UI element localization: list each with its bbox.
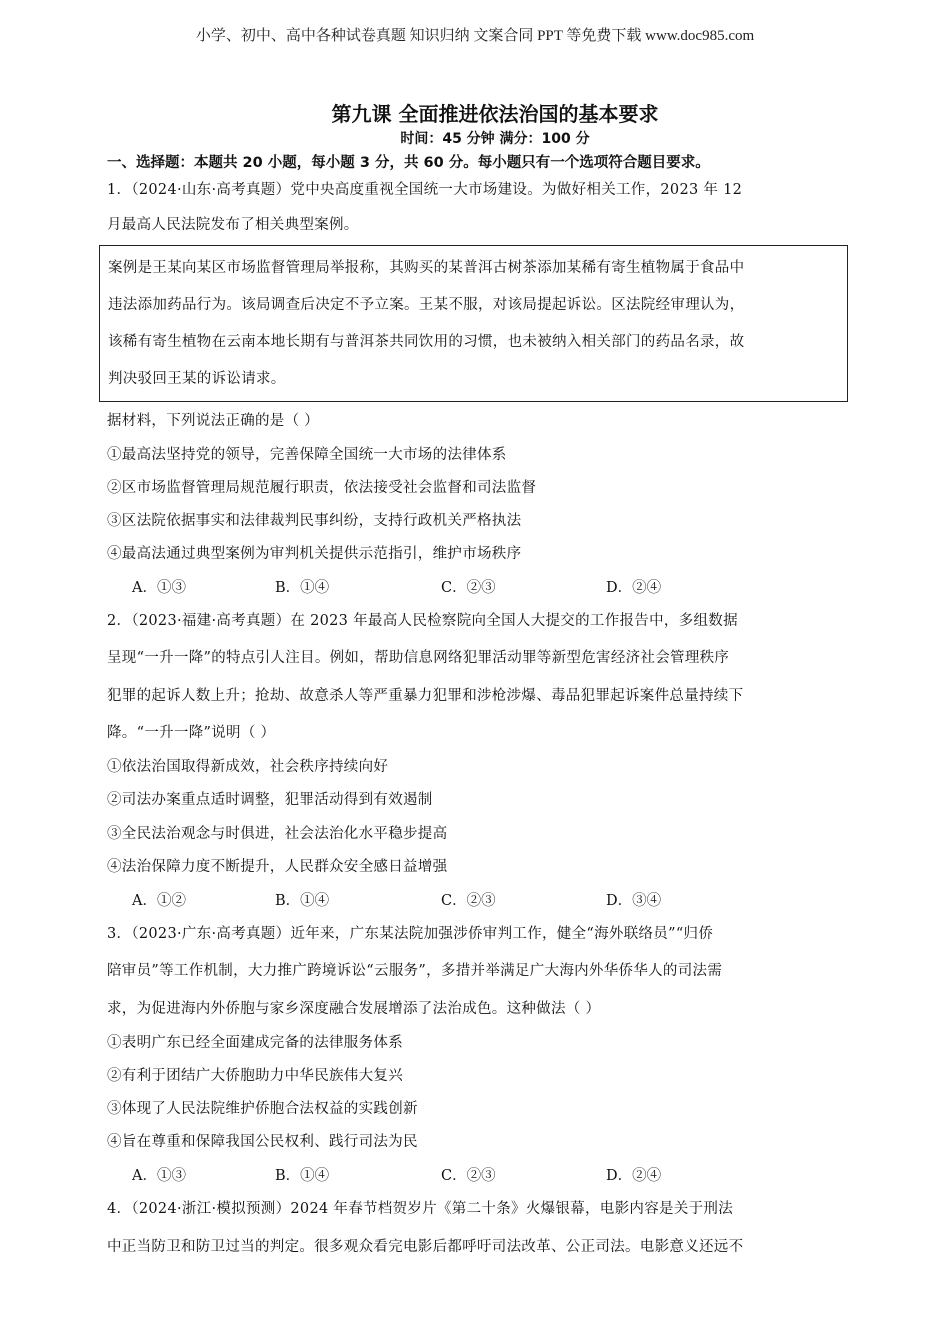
question-prompt: 据材料，下列说法正确的是（ ） (107, 409, 319, 430)
material-line: 该稀有寄生植物在云南本地长期有与普洱茶共同饮用的习惯，也未被纳入相关部门的药品名… (108, 330, 744, 351)
option-c[interactable]: C．②③ (441, 576, 496, 597)
header-banner: 小学、初中、高中各种试卷真题 知识归纳 文案合同 PPT 等免费下载 www.d… (0, 24, 950, 45)
statement: ③全民法治观念与时俱进，社会法治化水平稳步提高 (107, 822, 447, 843)
section-heading: 一、选择题：本题共 20 小题，每小题 3 分，共 60 分。每小题只有一个选项… (107, 151, 710, 172)
option-a[interactable]: A．①② (132, 889, 186, 910)
statement: ①表明广东已经全面建成完备的法律服务体系 (107, 1031, 403, 1052)
question-stem-line: 2．（2023·福建·高考真题）在 2023 年最高人民检察院向全国人大提交的工… (107, 609, 738, 630)
question-stem-line: 降。“一升一降”说明（ ） (107, 721, 275, 742)
statement: ③区法院依据事实和法律裁判民事纠纷，支持行政机关严格执法 (107, 509, 521, 530)
material-line: 违法添加药品行为。该局调查后决定不予立案。王某不服，对该局提起诉讼。区法院经审理… (108, 293, 744, 314)
option-c[interactable]: C．②③ (441, 889, 496, 910)
statement: ④旨在尊重和保障我国公民权利、践行司法为民 (107, 1130, 418, 1151)
question-stem-line: 1．（2024·山东·高考真题）党中央高度重视全国统一大市场建设。为做好相关工作… (107, 178, 742, 199)
option-d[interactable]: D．②④ (606, 1164, 661, 1185)
statement: ④最高法通过典型案例为审判机关提供示范指引，维护市场秩序 (107, 542, 521, 563)
option-b[interactable]: B．①④ (275, 889, 329, 910)
statement: ②有利于团结广大侨胞助力中华民族伟大复兴 (107, 1064, 403, 1085)
option-b[interactable]: B．①④ (275, 1164, 329, 1185)
statement: ②司法办案重点适时调整，犯罪活动得到有效遏制 (107, 788, 433, 809)
option-d[interactable]: D．③④ (606, 889, 661, 910)
question-stem-line: 犯罪的起诉人数上升；抢劫、故意杀人等严重暴力犯罪和涉枪涉爆、毒品犯罪起诉案件总量… (107, 684, 743, 705)
statement: ③体现了人民法院维护侨胞合法权益的实践创新 (107, 1097, 418, 1118)
statement: ①依法治国取得新成效，社会秩序持续向好 (107, 755, 388, 776)
option-c[interactable]: C．②③ (441, 1164, 496, 1185)
statement: ①最高法坚持党的领导，完善保障全国统一大市场的法律体系 (107, 443, 507, 464)
question-stem-line: 陪审员”等工作机制，大力推广跨境诉讼“云服务”，多措并举满足广大海内外华侨华人的… (107, 959, 722, 980)
question-stem-line: 3．（2023·广东·高考真题）近年来，广东某法院加强涉侨审判工作，健全“海外联… (107, 922, 713, 943)
document-subtitle: 时间：45 分钟 满分：100 分 (0, 128, 950, 148)
option-a[interactable]: A．①③ (132, 576, 186, 597)
option-b[interactable]: B．①④ (275, 576, 329, 597)
option-a[interactable]: A．①③ (132, 1164, 186, 1185)
document-title: 第九课 全面推进依法治国的基本要求 (0, 98, 950, 127)
statement: ②区市场监督管理局规范履行职责，依法接受社会监督和司法监督 (107, 476, 536, 497)
option-d[interactable]: D．②④ (606, 576, 661, 597)
question-stem-line: 4．（2024·浙江·模拟预测）2024 年春节档贺岁片《第二十条》火爆银幕，电… (107, 1197, 733, 1218)
material-box: 案例是王某向某区市场监督管理局举报称，其购买的某普洱古树茶添加某稀有寄生植物属于… (99, 245, 848, 402)
question-stem-line: 中正当防卫和防卫过当的判定。很多观众看完电影后都呼吁司法改革、公正司法。电影意义… (107, 1235, 743, 1256)
question-stem-line: 呈现“一升一降”的特点引人注目。例如，帮助信息网络犯罪活动罪等新型危害经济社会管… (107, 646, 729, 667)
statement: ④法治保障力度不断提升，人民群众安全感日益增强 (107, 855, 447, 876)
material-line: 案例是王某向某区市场监督管理局举报称，其购买的某普洱古树茶添加某稀有寄生植物属于… (108, 256, 744, 277)
question-stem-line: 月最高人民法院发布了相关典型案例。 (107, 213, 359, 234)
question-stem-line: 求，为促进海内外侨胞与家乡深度融合发展增添了法治成色。这种做法（ ） (107, 997, 600, 1018)
material-line: 判决驳回王某的诉讼请求。 (108, 367, 286, 388)
